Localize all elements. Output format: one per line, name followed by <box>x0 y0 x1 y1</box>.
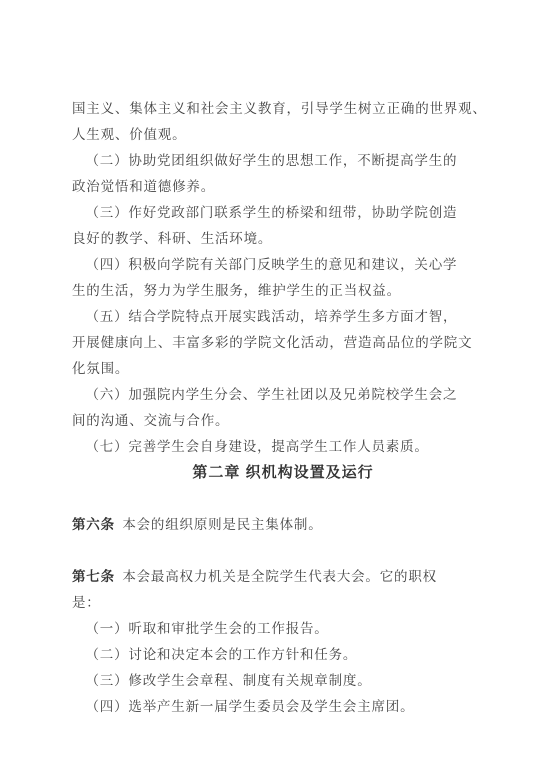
article-6-text: 本会的组织原则是民主集体制。 <box>122 517 322 532</box>
duty-item-7: （七）完善学生会自身建设，提高学生工作人员素质。 <box>72 434 494 460</box>
power-item-4: （四）选举产生新一届学生委员会及学生会主席团。 <box>72 694 494 720</box>
duty-item-5: （五）结合学院特点开展实践活动，培养学生多方面才智， 开展健康向上、丰富多彩的学… <box>72 304 494 382</box>
duty-item-4: （四）积极向学院有关部门反映学生的意见和建议，关心学 生的生活，努力为学生服务，… <box>72 252 494 304</box>
duty-item-3: （三）作好党政部门联系学生的桥梁和纽带，协助学院创造 良好的教学、科研、生活环境… <box>72 200 494 252</box>
power-item-2: （二）讨论和决定本会的工作方针和任务。 <box>72 642 494 668</box>
power-item-3: （三）修改学生会章程、制度有关规章制度。 <box>72 668 494 694</box>
duty-item-6: （六）加强院内学生分会、学生社团以及兄弟院校学生会之 间的沟通、交流与合作。 <box>72 382 494 434</box>
article-7-label: 第七条 <box>72 569 115 584</box>
article-6-label: 第六条 <box>72 517 115 532</box>
power-item-1: （一）听取和审批学生会的工作报告。 <box>72 616 494 642</box>
article-6-paragraph: 第六条本会的组织原则是民主集体制。 <box>72 486 494 538</box>
duty-item-2: （二）协助党团组织做好学生的思想工作，不断提高学生的 政治觉悟和道德修养。 <box>72 148 494 200</box>
chapter-heading: 第二章 织机构设置及运行 <box>72 460 494 486</box>
document-page: 国主义、集体主义和社会主义教育，引导学生树立正确的世界观、 人生观、价值观。 （… <box>0 0 554 783</box>
continuation-paragraph: 国主义、集体主义和社会主义教育，引导学生树立正确的世界观、 人生观、价值观。 <box>72 96 494 148</box>
article-7-text: 本会最高权力机关是全院学生代表大会。它的职权 是： <box>72 569 437 610</box>
article-7-paragraph: 第七条本会最高权力机关是全院学生代表大会。它的职权 是： <box>72 538 494 616</box>
